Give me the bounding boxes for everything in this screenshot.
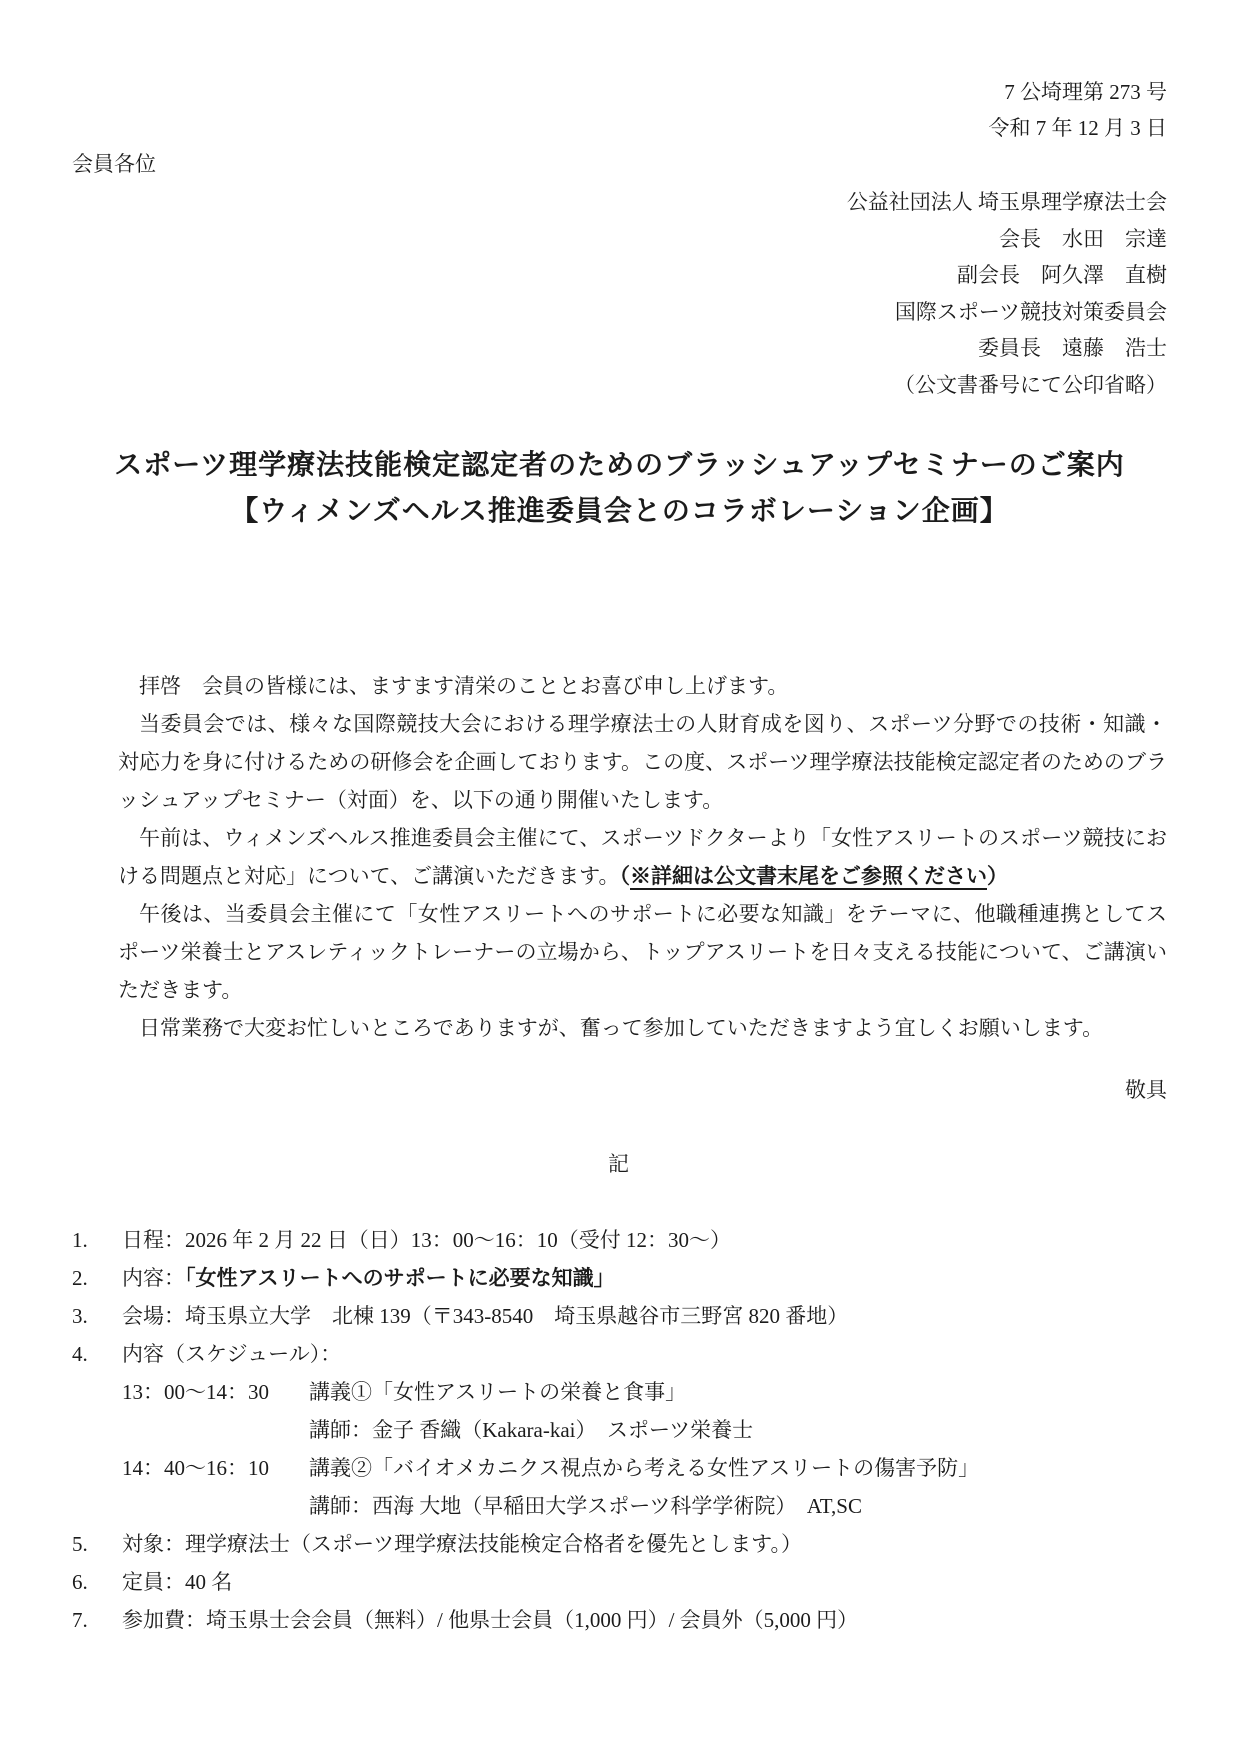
document-title: スポーツ理学療法技能検定認定者のためのブラッシュアップセミナーのご案内 (72, 443, 1167, 489)
lecture2-title: 講義②「バイオメカニクス視点から考える女性アスリートの傷害予防」 (309, 1449, 1167, 1487)
schedule-row-lecture1: 13：00～14：30 講義①「女性アスリートの栄養と食事」 (72, 1373, 1167, 1411)
request-paragraph: 日常業務で大変お忙しいところでありますが、奮って参加していただきますよう宜しくお… (118, 1009, 1167, 1047)
document-page: 7 公埼理第 273 号 令和 7 年 12 月 3 日 会員各位 公益社団法人… (0, 0, 1241, 1755)
indent-spacer (72, 1411, 309, 1449)
list-item-text: 会場：埼玉県立大学 北棟 139（〒343-8540 埼玉県越谷市三野宮 820… (122, 1297, 1167, 1335)
lecture1-title: 講義①「女性アスリートの栄養と食事」 (309, 1373, 1167, 1411)
list-item-program: 4. 内容（スケジュール）： (72, 1335, 1167, 1373)
reference-note-close-paren: ） (987, 864, 1008, 888)
list-item-text: 定員：40 名 (122, 1563, 1167, 1601)
list-item-text: 参加費：埼玉県士会会員（無料）/ 他県士会員（1,000 円）/ 会員外（5,0… (122, 1601, 1167, 1639)
list-item-number: 7. (72, 1601, 122, 1639)
list-item-target: 5. 対象：理学療法士（スポーツ理学療法技能検定合格者を優先とします。） (72, 1525, 1167, 1563)
schedule-row-lecturer1: 講師：金子 香織（Kakara-kai） スポーツ栄養士 (72, 1411, 1167, 1449)
details-list: 1. 日程：2026 年 2 月 22 日（日）13：00～16：10（受付 1… (72, 1221, 1167, 1639)
lecture2-time: 14：40～16：10 (122, 1449, 309, 1487)
schedule-row-lecturer2: 講師：西海 大地（早稲田大学スポーツ科学学術院） AT,SC (72, 1487, 1167, 1525)
document-subtitle: 【ウィメンズヘルス推進委員会とのコラボレーション企画】 (72, 489, 1167, 535)
indent-spacer (72, 1373, 122, 1411)
list-item-fee: 7. 参加費：埼玉県士会会員（無料）/ 他県士会員（1,000 円）/ 会員外（… (72, 1601, 1167, 1639)
list-item-theme: 2. 内容：「女性アスリートへのサポートに必要な知識」 (72, 1259, 1167, 1297)
list-item-capacity: 6. 定員：40 名 (72, 1563, 1167, 1601)
list-item-number: 1. (72, 1221, 122, 1259)
doc-number: 7 公埼理第 273 号 (72, 74, 1167, 110)
indent-spacer (72, 1487, 309, 1525)
morning-paragraph: 午前は、ウィメンズヘルス推進委員会主催にて、スポーツドクターより「女性アスリート… (118, 819, 1167, 895)
lecture1-time: 13：00～14：30 (122, 1373, 309, 1411)
list-item-venue: 3. 会場：埼玉県立大学 北棟 139（〒343-8540 埼玉県越谷市三野宮 … (72, 1297, 1167, 1335)
list-item-text: 内容：「女性アスリートへのサポートに必要な知識」 (122, 1259, 1167, 1297)
sender-vice-president: 副会長 阿久澤 直樹 (72, 257, 1167, 294)
schedule-row-lecture2: 14：40～16：10 講義②「バイオメカニクス視点から考える女性アスリートの傷… (72, 1449, 1167, 1487)
list-item-number: 5. (72, 1525, 122, 1563)
reference-note: ※詳細は公文書末尾をご参照ください (630, 864, 987, 890)
seal-note: （公文書番号にて公印省略） (72, 367, 1167, 404)
sender-block: 公益社団法人 埼玉県理学療法士会 会長 水田 宗達 副会長 阿久澤 直樹 国際ス… (72, 184, 1167, 403)
afternoon-paragraph: 午後は、当委員会主催にて「女性アスリートへのサポートに必要な知識」をテーマに、他… (118, 895, 1167, 1009)
list-item-text: 日程：2026 年 2 月 22 日（日）13：00～16：10（受付 12：3… (122, 1221, 1167, 1259)
reference-note-open-paren: （ (619, 864, 630, 888)
lecture2-lecturer: 講師：西海 大地（早稲田大学スポーツ科学学術院） AT,SC (309, 1487, 1167, 1525)
sender-president: 会長 水田 宗達 (72, 221, 1167, 258)
sender-committee: 国際スポーツ競技対策委員会 (72, 294, 1167, 331)
doc-date: 令和 7 年 12 月 3 日 (72, 110, 1167, 146)
record-marker: 記 (72, 1145, 1167, 1183)
letter-body: 拝啓 会員の皆様には、ますます清栄のこととお喜び申し上げます。 当委員会では、様… (118, 667, 1167, 1047)
recipient: 会員各位 (72, 146, 1167, 182)
theme-title: 「女性アスリートへのサポートに必要な知識」 (185, 1266, 615, 1290)
list-item-text: 内容（スケジュール）： (122, 1335, 1167, 1373)
list-item-number: 3. (72, 1297, 122, 1335)
list-item-number: 4. (72, 1335, 122, 1373)
sender-chair: 委員長 遠藤 浩士 (72, 330, 1167, 367)
title-block: スポーツ理学療法技能検定認定者のためのブラッシュアップセミナーのご案内 【ウィメ… (72, 443, 1167, 535)
intro-paragraph: 当委員会では、様々な国際競技大会における理学療法士の人財育成を図り、スポーツ分野… (118, 705, 1167, 819)
theme-label: 内容： (122, 1266, 185, 1290)
list-item-text: 対象：理学療法士（スポーツ理学療法技能検定合格者を優先とします。） (122, 1525, 1167, 1563)
list-item-number: 6. (72, 1563, 122, 1601)
greeting-paragraph: 拝啓 会員の皆様には、ますます清栄のこととお喜び申し上げます。 (118, 667, 1167, 705)
list-item-number: 2. (72, 1259, 122, 1297)
lecture1-lecturer: 講師：金子 香織（Kakara-kai） スポーツ栄養士 (309, 1411, 1167, 1449)
indent-spacer (72, 1449, 122, 1487)
sender-org: 公益社団法人 埼玉県理学療法士会 (72, 184, 1167, 221)
closing-keigu: 敬具 (72, 1071, 1167, 1109)
list-item-schedule-date: 1. 日程：2026 年 2 月 22 日（日）13：00～16：10（受付 1… (72, 1221, 1167, 1259)
